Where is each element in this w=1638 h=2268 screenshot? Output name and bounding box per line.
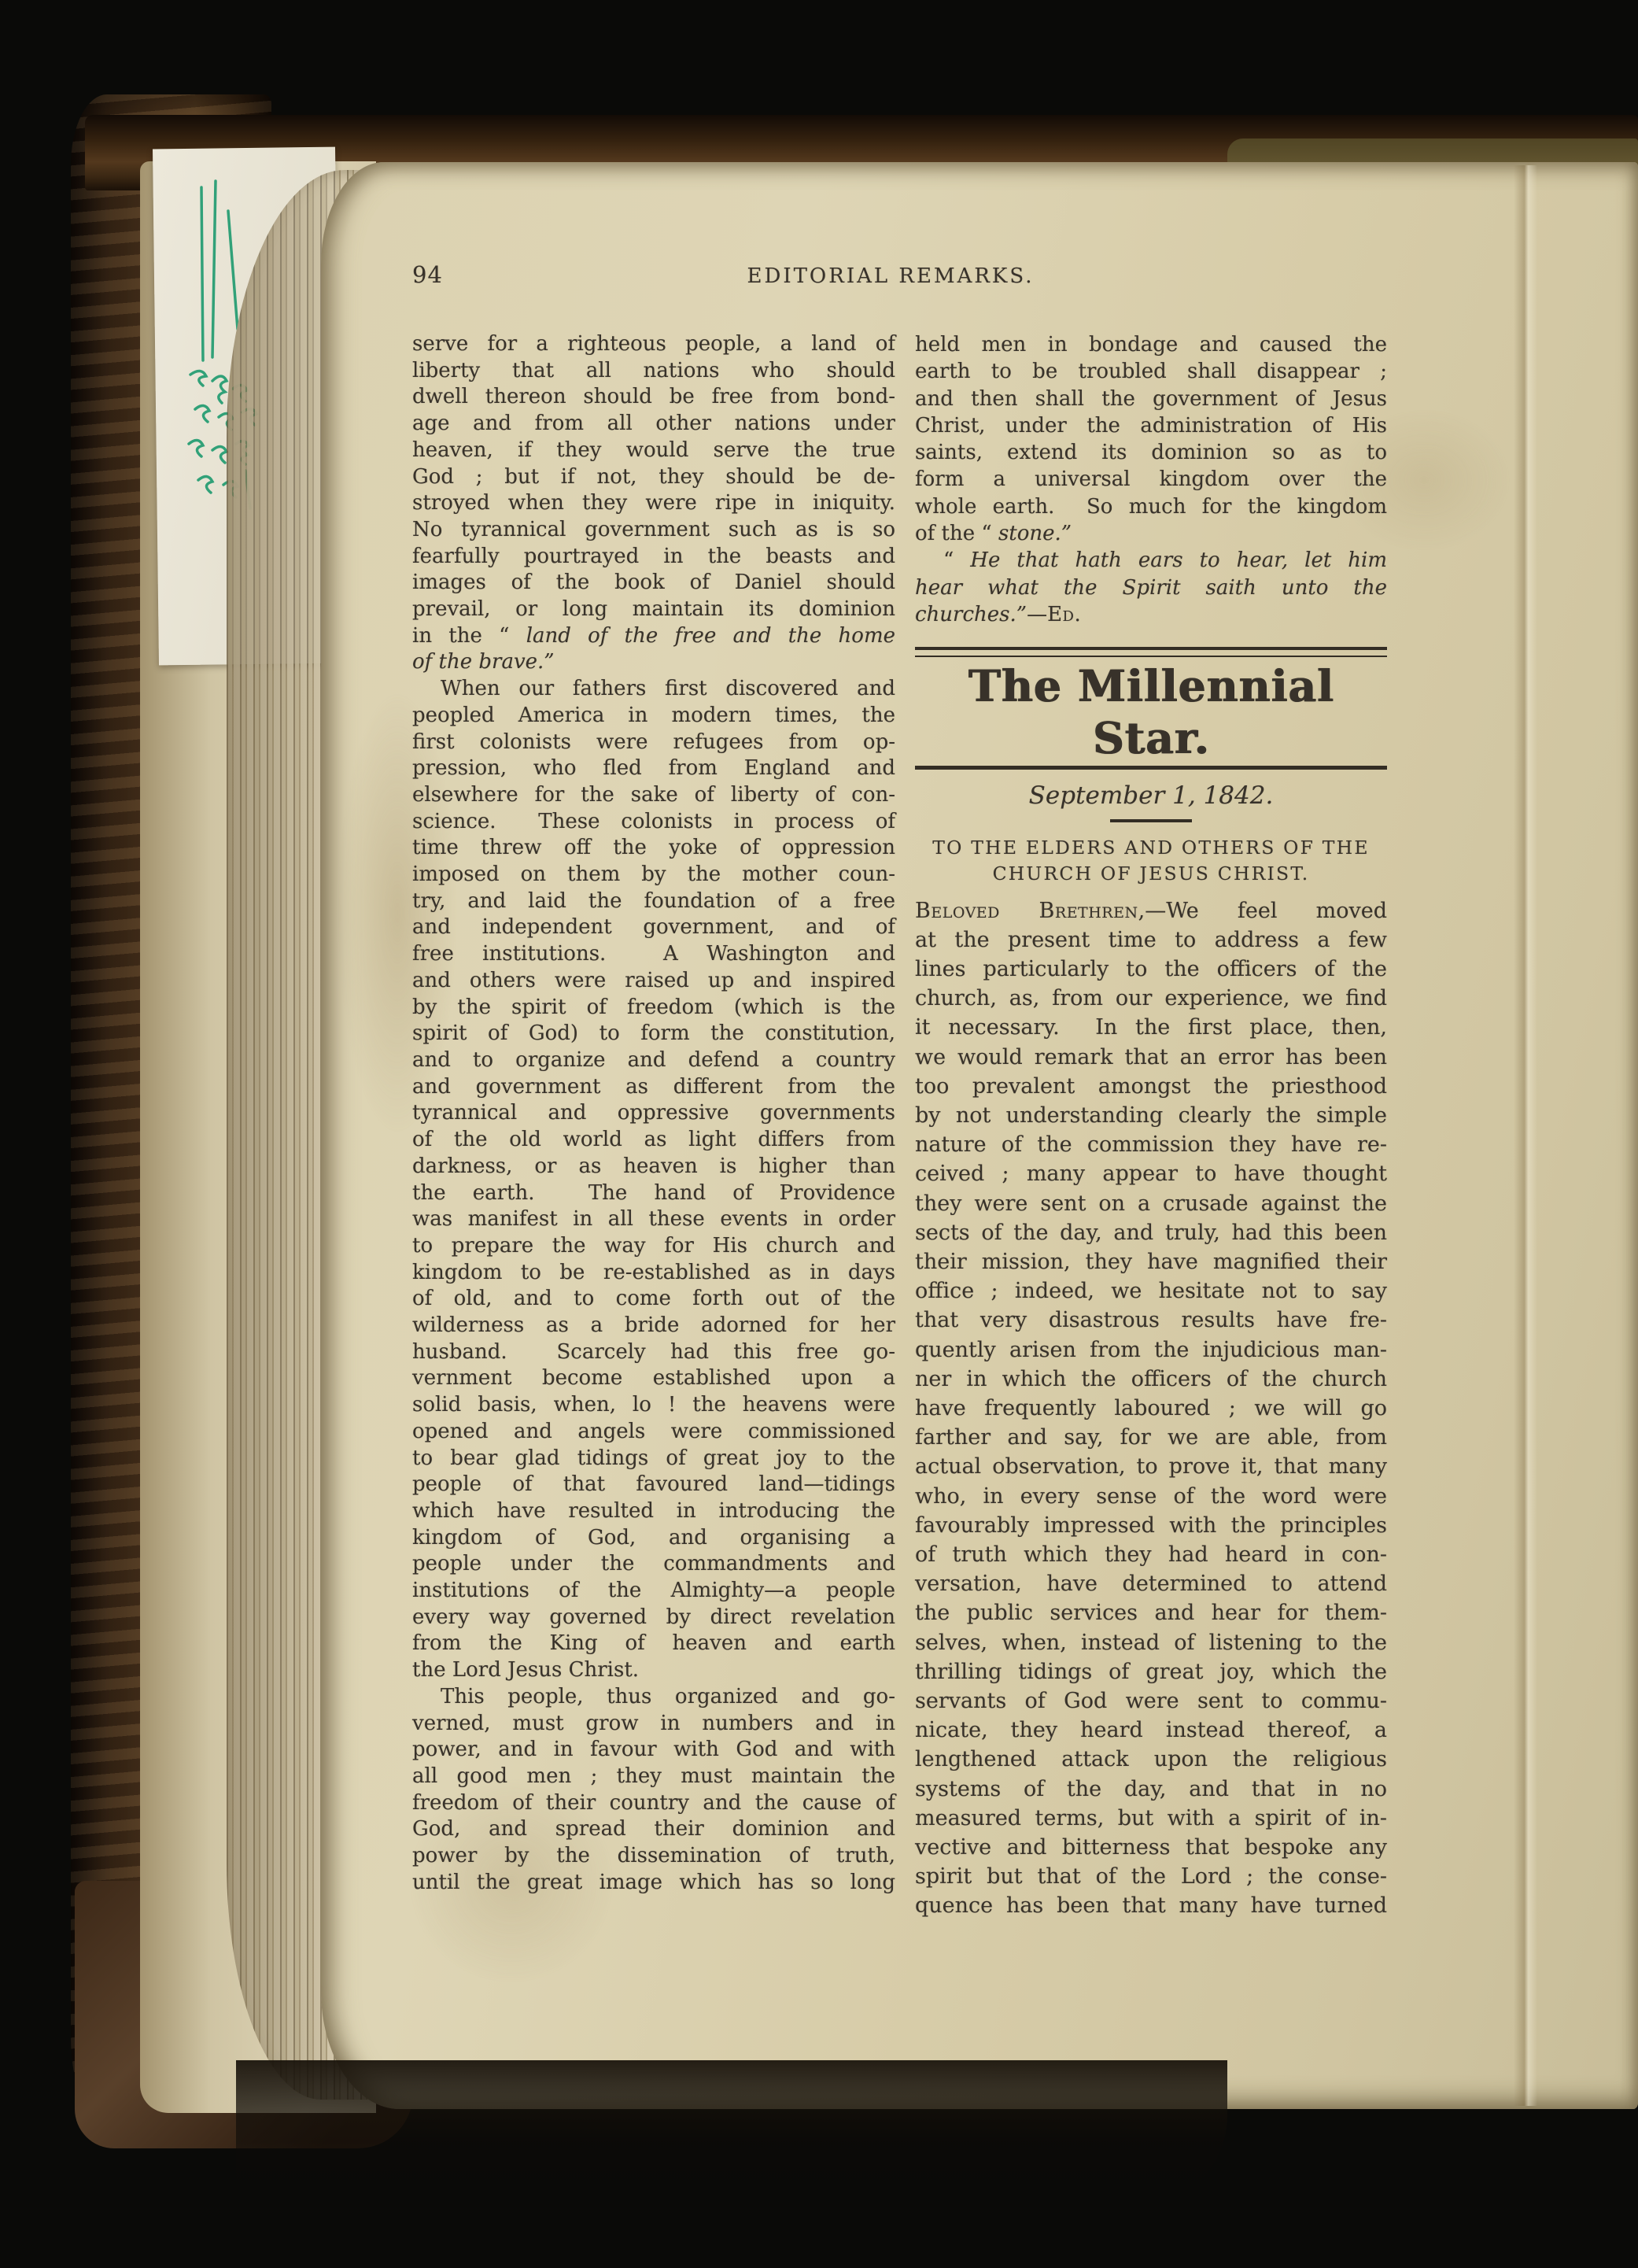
text-line: images of the book of Daniel should xyxy=(412,570,895,597)
text-line: When our fathers first discovered and xyxy=(412,676,895,703)
text-line: too prevalent amongst the priesthood xyxy=(915,1072,1387,1101)
text-line: verned, must grow in numbers and in xyxy=(412,1711,895,1738)
text-line: and then shall the government of Jesus xyxy=(915,386,1387,412)
text-line: God ; but if not, they should be de- xyxy=(412,464,895,491)
text-line: all good men ; they must maintain the xyxy=(412,1764,895,1790)
text-line: by the spirit of freedom (which is the xyxy=(412,995,895,1021)
text-line: nicate, they heard instead thereof, a xyxy=(915,1716,1387,1745)
text-line: and to organize and defend a country xyxy=(412,1047,895,1074)
text-line: stroyed when they were ripe in iniquity. xyxy=(412,490,895,517)
text-line: spirit but that of the Lord ; the conse- xyxy=(915,1862,1387,1891)
text-line: favourably impressed with the principles xyxy=(915,1511,1387,1540)
text-line: actual observation, to prove it, that ma… xyxy=(915,1452,1387,1481)
article-body: Beloved Brethren,—We feel movedat the pr… xyxy=(915,896,1387,1921)
text-line: This people, thus organized and go- xyxy=(412,1684,895,1711)
text-line: servants of God were sent to commu- xyxy=(915,1686,1387,1716)
text-line: who, in every sense of the word were xyxy=(915,1482,1387,1511)
text-line: of old, and to come forth out of the xyxy=(412,1286,895,1313)
text-line: to bear glad tidings of great joy to the xyxy=(412,1446,895,1472)
text-line: TO THE ELDERS AND OTHERS OF THE xyxy=(915,835,1387,861)
page-number: 94 xyxy=(412,261,443,288)
text-line: nature of the commission they have re- xyxy=(915,1130,1387,1159)
text-line: the Lord Jesus Christ. xyxy=(412,1657,895,1684)
text-line: to prepare the way for His church and xyxy=(412,1233,895,1260)
text-line: opened and angels were commissioned xyxy=(412,1419,895,1446)
text-line: the earth. The hand of Providence xyxy=(412,1180,895,1207)
text-line: fearfully pourtrayed in the beasts and xyxy=(412,544,895,571)
masthead-rule xyxy=(915,766,1387,770)
text-line: husband. Scarcely had this free go- xyxy=(412,1339,895,1366)
masthead: The Millennial Star. September 1, 1842. xyxy=(915,647,1387,822)
text-line: whole earth. So much for the kingdom xyxy=(915,493,1387,520)
text-line: ceived ; many appear to have thought xyxy=(915,1159,1387,1188)
printed-page-content: 94 EDITORIAL REMARKS. serve for a righte… xyxy=(0,0,1638,2268)
text-line: church, as, from our experience, we find xyxy=(915,984,1387,1013)
text-line: systems of the day, and that in no xyxy=(915,1775,1387,1804)
text-line: elsewhere for the sake of liberty of con… xyxy=(412,782,895,809)
text-line: office ; indeed, we hesitate not to say xyxy=(915,1276,1387,1306)
text-line: quence has been that many have turned xyxy=(915,1891,1387,1920)
text-line: power, and in favour with God and with xyxy=(412,1737,895,1764)
text-line: first colonists were refugees from op- xyxy=(412,730,895,756)
text-line: science. These colonists in process of xyxy=(412,809,895,836)
article-continuation: held men in bondage and caused theearth … xyxy=(915,331,1387,628)
text-line: Christ, under the administration of His xyxy=(915,412,1387,439)
masthead-double-rule xyxy=(915,647,1387,657)
text-line: ner in which the officers of the church xyxy=(915,1365,1387,1394)
text-line: versation, have determined to attend xyxy=(915,1569,1387,1598)
text-line: people under the commandments and xyxy=(412,1551,895,1578)
text-line: hear what the Spirit saith unto the xyxy=(915,574,1387,601)
text-line: people of that favoured land—tidings xyxy=(412,1472,895,1498)
text-line: selves, when, instead of listening to th… xyxy=(915,1628,1387,1657)
text-line: sects of the day, and truly, had this be… xyxy=(915,1218,1387,1247)
text-line: liberty that all nations who should xyxy=(412,358,895,385)
text-line: age and from all other nations under xyxy=(412,411,895,438)
text-line: kingdom to be re-established as in days xyxy=(412,1260,895,1287)
text-line: CHURCH OF JESUS CHRIST. xyxy=(915,861,1387,887)
text-line: of the brave.” xyxy=(412,649,895,676)
text-line: earth to be troubled shall disappear ; xyxy=(915,358,1387,385)
text-line: we would remark that an error has been xyxy=(915,1043,1387,1072)
text-line: prevail, or long maintain its dominion xyxy=(412,597,895,623)
text-line: the public services and hear for them- xyxy=(915,1598,1387,1627)
text-line: form a universal kingdom over the xyxy=(915,466,1387,493)
text-line: at the present time to address a few xyxy=(915,925,1387,955)
text-line: vective and bitterness that bespoke any xyxy=(915,1833,1387,1862)
text-line: free institutions. A Washington and xyxy=(412,941,895,968)
text-line: try, and laid the foundation of a free xyxy=(412,888,895,915)
text-line: wilderness as a bride adorned for her xyxy=(412,1313,895,1339)
text-line: Beloved Brethren,—We feel moved xyxy=(915,896,1387,925)
text-line: held men in bondage and caused the xyxy=(915,331,1387,358)
text-line: heaven, if they would serve the true xyxy=(412,438,895,464)
text-line: of the “ stone.” xyxy=(915,520,1387,547)
text-line: from the King of heaven and earth xyxy=(412,1631,895,1657)
text-line: measured terms, but with a spirit of in- xyxy=(915,1804,1387,1833)
text-line: institutions of the Almighty—a people xyxy=(412,1578,895,1605)
text-line: “ He that hath ears to hear, let him xyxy=(915,547,1387,574)
text-line: imposed on them by the mother coun- xyxy=(412,862,895,888)
text-line: they were sent on a crusade against the xyxy=(915,1189,1387,1218)
masthead-date: September 1, 1842. xyxy=(915,782,1387,809)
text-line: tyrannical and oppressive governments xyxy=(412,1100,895,1127)
text-line: dwell thereon should be free from bond- xyxy=(412,384,895,411)
text-line: No tyrannical government such as is so xyxy=(412,517,895,544)
text-line: time threw off the yoke of oppression xyxy=(412,835,895,862)
text-line: was manifest in all these events in orde… xyxy=(412,1206,895,1233)
text-line: by not understanding clearly the simple xyxy=(915,1101,1387,1130)
text-line: it necessary. In the first place, then, xyxy=(915,1013,1387,1042)
text-line: every way governed by direct revelation xyxy=(412,1605,895,1631)
left-text-column: serve for a righteous people, a land ofl… xyxy=(412,331,895,1896)
scanned-book-photo: 94 EDITORIAL REMARKS. serve for a righte… xyxy=(0,0,1638,2268)
text-line: peopled America in modern times, the xyxy=(412,703,895,730)
section-heading: TO THE ELDERS AND OTHERS OF THECHURCH OF… xyxy=(915,835,1387,887)
date-rule xyxy=(1110,819,1192,822)
text-line: solid basis, when, lo ! the heavens were xyxy=(412,1392,895,1419)
text-line: lengthened attack upon the religious xyxy=(915,1745,1387,1774)
text-line: of truth which they had heard in con- xyxy=(915,1540,1387,1569)
text-line: quently arisen from the injudicious man- xyxy=(915,1335,1387,1365)
text-line: which have resulted in introducing the xyxy=(412,1498,895,1525)
text-line: farther and say, for we are able, from xyxy=(915,1423,1387,1452)
text-line: and independent government, and of xyxy=(412,914,895,941)
text-line: serve for a righteous people, a land of xyxy=(412,331,895,358)
text-line: their mission, they have magnified their xyxy=(915,1247,1387,1276)
right-text-column: held men in bondage and caused theearth … xyxy=(915,331,1387,1921)
text-line: until the great image which has so long xyxy=(412,1870,895,1897)
text-line: spirit of God) to form the constitution, xyxy=(412,1021,895,1047)
text-line: of the old world as light differs from xyxy=(412,1127,895,1154)
text-line: churches.”—Ed. xyxy=(915,601,1387,628)
text-line: in the “ land of the free and the home xyxy=(412,623,895,650)
text-line: darkness, or as heaven is higher than xyxy=(412,1154,895,1180)
text-line: kingdom of God, and organising a xyxy=(412,1525,895,1552)
masthead-title: The Millennial Star. xyxy=(915,660,1387,764)
text-line: lines particularly to the officers of th… xyxy=(915,955,1387,984)
running-header: EDITORIAL REMARKS. xyxy=(747,264,1034,288)
text-line: saints, extend its dominion so as to xyxy=(915,439,1387,466)
text-line: freedom of their country and the cause o… xyxy=(412,1790,895,1817)
text-line: vernment become established upon a xyxy=(412,1365,895,1392)
text-line: that very disastrous results have fre- xyxy=(915,1306,1387,1335)
text-line: and others were raised up and inspired xyxy=(412,968,895,995)
text-line: pression, who fled from England and xyxy=(412,755,895,782)
text-line: thrilling tidings of great joy, which th… xyxy=(915,1657,1387,1686)
text-line: have frequently laboured ; we will go xyxy=(915,1394,1387,1423)
text-line: power by the dissemination of truth, xyxy=(412,1843,895,1870)
text-line: God, and spread their dominion and xyxy=(412,1816,895,1843)
text-line: and government as different from the xyxy=(412,1074,895,1101)
